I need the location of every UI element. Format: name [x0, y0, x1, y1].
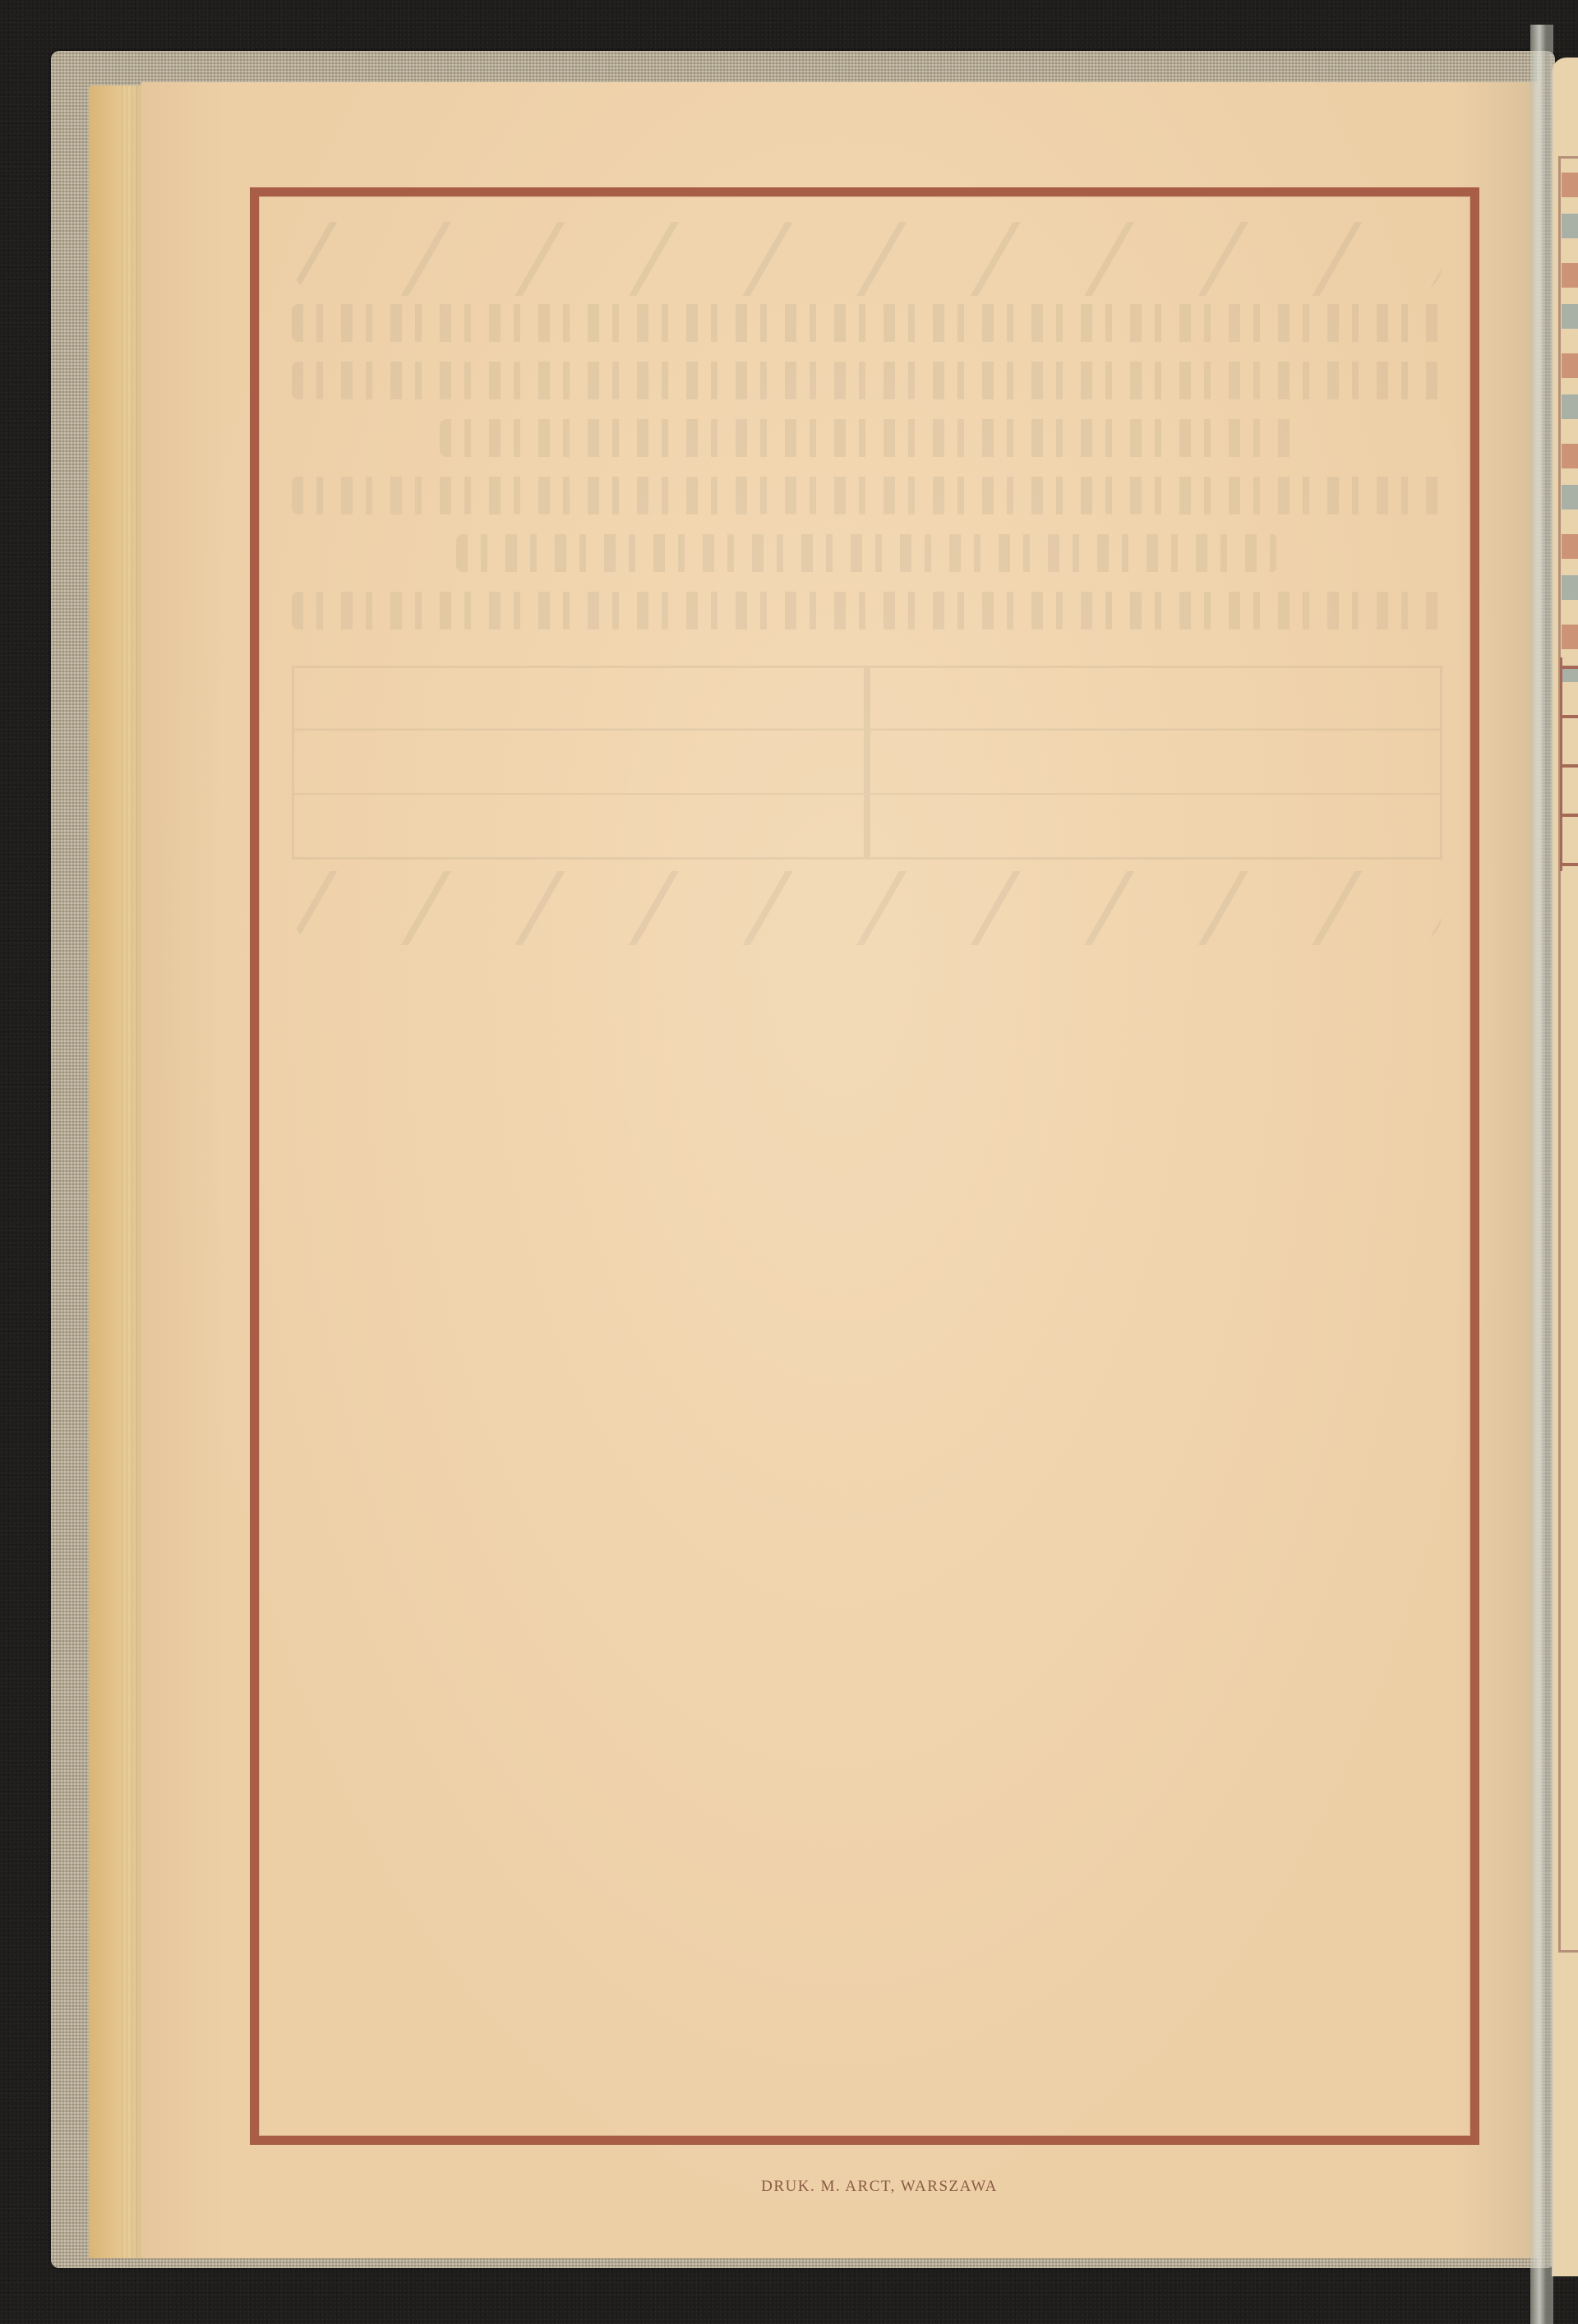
- facing-page-ornament-glyphs: [1562, 173, 1578, 682]
- printer-imprint: DRUK. M. ARCT, WARSZAWA: [0, 2178, 1578, 2196]
- imprint-text: DRUK. M. ARCT, WARSZAWA: [761, 2178, 998, 2196]
- gutter-glass-strip: [1530, 25, 1553, 2324]
- facing-page-ornament-boxes: [1560, 657, 1578, 871]
- frame-inner-edge: [259, 196, 1470, 2136]
- page-edges-stack: [89, 85, 146, 2258]
- decorative-red-frame: [250, 187, 1479, 2145]
